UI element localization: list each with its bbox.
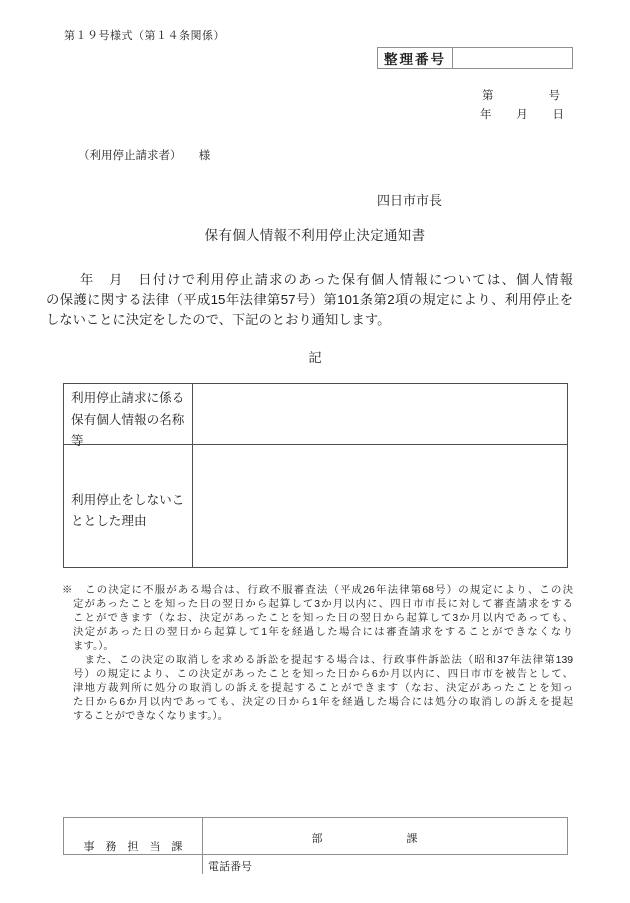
date-month-label: 月 bbox=[516, 106, 528, 122]
contact-table: 事 務 担 当 課 部課 電話番号 bbox=[63, 817, 568, 855]
detail-row-value bbox=[193, 384, 567, 445]
detail-row-value bbox=[193, 445, 567, 567]
reference-number-box: 整理番号 bbox=[377, 47, 573, 69]
detail-row-label: 利用停止請求に係る保有個人情報の名称等 bbox=[64, 384, 193, 445]
detail-row-label-text: 利用停止をしないこととした理由 bbox=[71, 490, 185, 533]
note-line: 津地方裁判所に処分の取消しの訴えを提起することができます（なお、決定があったこと… bbox=[73, 682, 573, 696]
note-line: 定があったことを知った日の翌日から起算して3か月以内に、四日市市長に対して審査請… bbox=[73, 598, 573, 612]
reference-number-value bbox=[453, 48, 572, 68]
notes-block: ※ この決定に不服がある場合は、行政不服審査法（平成26年法律第68号）の規定に… bbox=[62, 584, 573, 724]
document-number-line: 第 号 bbox=[482, 87, 560, 103]
contact-department-line: 部課 bbox=[203, 818, 567, 858]
contact-department-label: 部 bbox=[311, 833, 322, 845]
sender-name: 四日市市長 bbox=[377, 190, 442, 209]
document-number-prefix: 第 bbox=[482, 87, 494, 103]
detail-table: 利用停止請求に係る保有個人情報の名称等 利用停止をしないこととした理由 bbox=[63, 383, 568, 568]
contact-section-title: 事 務 担 当 課 bbox=[64, 818, 203, 874]
note-line: ※ この決定に不服がある場合は、行政不服審査法（平成26年法律第68号）の規定に… bbox=[73, 584, 573, 598]
body-line: 年 月 日付けで利用停止請求のあった保有個人情報については、個人情報 bbox=[46, 270, 573, 290]
detail-row-label: 利用停止をしないこととした理由 bbox=[64, 445, 193, 567]
form-number-label: 第１９号様式（第１４条関係） bbox=[64, 27, 225, 43]
contact-phone-line: 電話番号 bbox=[203, 858, 567, 874]
contact-details-cell: 部課 電話番号 bbox=[203, 818, 567, 874]
note-line: た日から6か月以内であっても、決定の日から1年を経過した場合には処分の取消しの訴… bbox=[73, 696, 573, 710]
document-number-suffix: 号 bbox=[549, 87, 561, 103]
date-day-label: 日 bbox=[553, 106, 565, 122]
date-line: 年 月 日 bbox=[480, 106, 564, 122]
note-line: 号）の規定により、この決定があったことを知った日から6か月以内に、四日市市を被告… bbox=[73, 668, 573, 682]
contact-section-label: 課 bbox=[406, 833, 417, 845]
addressee-line: （利用停止請求者） 様 bbox=[78, 147, 210, 163]
body-line: しないことに決定をしたので、下記のとおり通知します。 bbox=[46, 310, 573, 330]
document-page: 第１９号様式（第１４条関係） 整理番号 第 号 年 月 日 （利用停止請求者） … bbox=[0, 0, 630, 903]
reference-number-label: 整理番号 bbox=[378, 48, 453, 68]
note-line: 決定があった日の翌日から起算して1年を経過した場合には審査請求をすることができな… bbox=[73, 626, 573, 640]
body-paragraph: 年 月 日付けで利用停止請求のあった保有個人情報については、個人情報 の保護に関… bbox=[46, 270, 573, 330]
note-line: することができなくなります。）。 bbox=[73, 710, 573, 724]
note-line: ます。）。 bbox=[73, 640, 573, 654]
note-line: また、この決定の取消しを求める訴訟を提起する場合は、行政事件訴訟法（昭和37年法… bbox=[73, 654, 573, 668]
contact-phone-label: 電話番号 bbox=[208, 861, 252, 873]
note-line: ことができます（なお、決定があったことを知った日の翌日から起算して3か月以内であ… bbox=[73, 612, 573, 626]
body-line: の保護に関する法律（平成15年法律第57号）第101条第2項の規定により、利用停… bbox=[46, 290, 573, 310]
document-title: 保有個人情報不利用停止決定通知書 bbox=[0, 224, 630, 244]
date-year-label: 年 bbox=[480, 106, 492, 122]
record-marker: 記 bbox=[0, 347, 630, 366]
